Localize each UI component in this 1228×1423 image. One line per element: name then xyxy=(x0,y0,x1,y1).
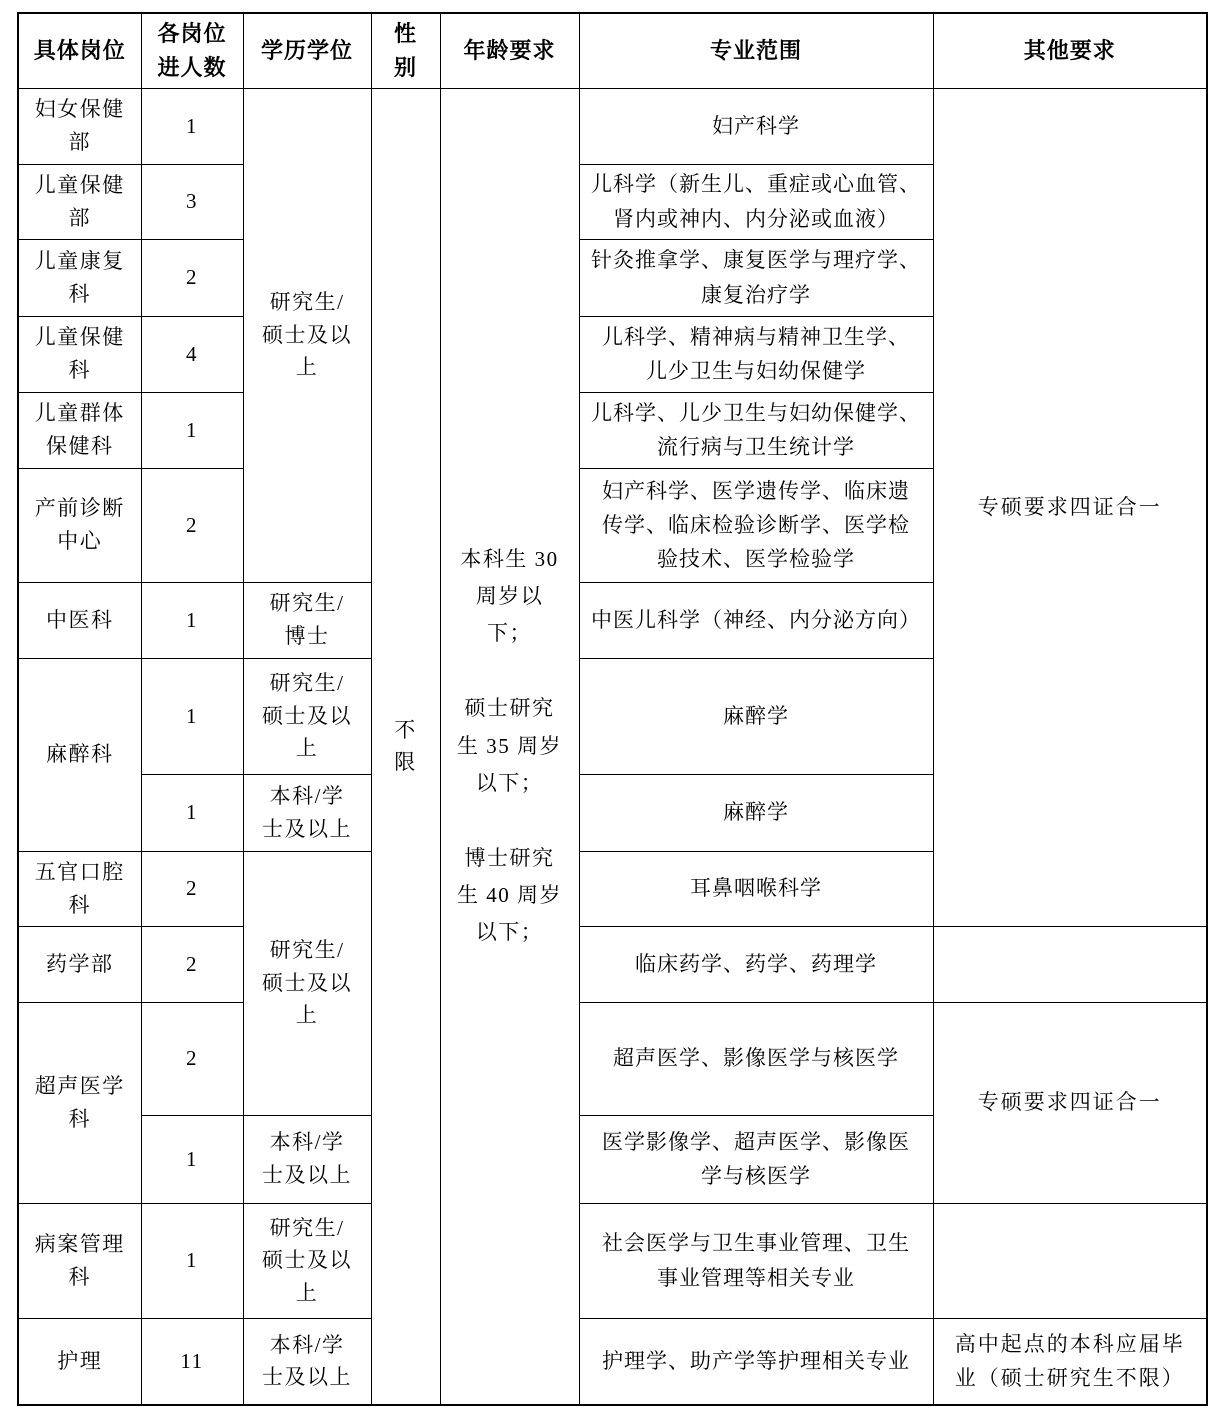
cell-position: 麻醉科 xyxy=(18,658,141,851)
cell-other-empty xyxy=(933,1203,1207,1318)
cell-position: 儿童群体 保健科 xyxy=(18,392,141,468)
cell-major: 麻醉学 xyxy=(579,658,933,774)
header-other: 其他要求 xyxy=(933,13,1207,88)
cell-position: 药学部 xyxy=(18,926,141,1002)
cell-degree: 研究生/ 硕士及以 上 xyxy=(243,88,371,582)
cell-major: 耳鼻咽喉科学 xyxy=(579,851,933,926)
cell-count: 2 xyxy=(141,1002,243,1115)
cell-position: 病案管理 科 xyxy=(18,1203,141,1318)
cell-position: 儿童保健 部 xyxy=(18,164,141,239)
cell-count: 2 xyxy=(141,239,243,316)
cell-count: 11 xyxy=(141,1318,243,1405)
cell-count: 1 xyxy=(141,1115,243,1203)
cell-major: 护理学、助产学等护理相关专业 xyxy=(579,1318,933,1405)
cell-count: 1 xyxy=(141,582,243,658)
cell-degree: 研究生/ 博士 xyxy=(243,582,371,658)
cell-count: 2 xyxy=(141,851,243,926)
cell-other: 专硕要求四证合一 xyxy=(933,1002,1207,1203)
cell-position: 妇女保健 部 xyxy=(18,88,141,164)
header-degree: 学历学位 xyxy=(243,13,371,88)
cell-count: 1 xyxy=(141,774,243,851)
cell-position: 超声医学 科 xyxy=(18,1002,141,1203)
cell-major: 中医儿科学（神经、内分泌方向） xyxy=(579,582,933,658)
cell-position: 儿童保健 科 xyxy=(18,316,141,392)
cell-major: 儿科学、精神病与精神卫生学、 儿少卫生与妇幼保健学 xyxy=(579,316,933,392)
cell-degree: 本科/学 士及以上 xyxy=(243,1318,371,1405)
header-row: 具体岗位 各岗位 进人数 学历学位 性 别 年龄要求 专业范围 其他要求 xyxy=(18,13,1207,88)
cell-major: 超声医学、影像医学与核医学 xyxy=(579,1002,933,1115)
header-position: 具体岗位 xyxy=(18,13,141,88)
header-major: 专业范围 xyxy=(579,13,933,88)
cell-count: 1 xyxy=(141,392,243,468)
cell-other-empty xyxy=(933,926,1207,1002)
cell-position: 中医科 xyxy=(18,582,141,658)
cell-major: 儿科学（新生儿、重症或心血管、 肾内或神内、内分泌或血液） xyxy=(579,164,933,239)
table-row: 妇女保健 部 1 研究生/ 硕士及以 上 不 限 本科生 30 周岁以 下； 硕… xyxy=(18,88,1207,164)
cell-major: 妇产科学 xyxy=(579,88,933,164)
cell-count: 2 xyxy=(141,926,243,1002)
table-row: 超声医学 科 2 超声医学、影像医学与核医学 专硕要求四证合一 xyxy=(18,1002,1207,1115)
cell-position: 护理 xyxy=(18,1318,141,1405)
header-age: 年龄要求 xyxy=(440,13,579,88)
header-count: 各岗位 进人数 xyxy=(141,13,243,88)
cell-degree: 研究生/ 硕士及以 上 xyxy=(243,1203,371,1318)
cell-count: 4 xyxy=(141,316,243,392)
cell-major: 临床药学、药学、药理学 xyxy=(579,926,933,1002)
cell-other: 高中起点的本科应届毕 业（硕士研究生不限） xyxy=(933,1318,1207,1405)
cell-gender: 不 限 xyxy=(371,88,440,1405)
header-gender: 性 别 xyxy=(371,13,440,88)
cell-count: 1 xyxy=(141,1203,243,1318)
table-row: 护理 11 本科/学 士及以上 护理学、助产学等护理相关专业 高中起点的本科应届… xyxy=(18,1318,1207,1405)
table-row: 病案管理 科 1 研究生/ 硕士及以 上 社会医学与卫生事业管理、卫生 事业管理… xyxy=(18,1203,1207,1318)
cell-major: 儿科学、儿少卫生与妇幼保健学、 流行病与卫生统计学 xyxy=(579,392,933,468)
cell-degree: 研究生/ 硕士及以 上 xyxy=(243,658,371,774)
cell-degree: 本科/学 士及以上 xyxy=(243,774,371,851)
cell-count: 3 xyxy=(141,164,243,239)
cell-major: 麻醉学 xyxy=(579,774,933,851)
cell-age: 本科生 30 周岁以 下； 硕士研究 生 35 周岁 以下； 博士研究 生 40… xyxy=(440,88,579,1405)
cell-count: 2 xyxy=(141,468,243,582)
cell-degree: 研究生/ 硕士及以 上 xyxy=(243,851,371,1115)
cell-other: 专硕要求四证合一 xyxy=(933,88,1207,926)
cell-major: 妇产科学、医学遗传学、临床遗 传学、临床检验诊断学、医学检 验技术、医学检验学 xyxy=(579,468,933,582)
cell-major: 医学影像学、超声医学、影像医 学与核医学 xyxy=(579,1115,933,1203)
cell-major: 针灸推拿学、康复医学与理疗学、 康复治疗学 xyxy=(579,239,933,316)
cell-position: 儿童康复 科 xyxy=(18,239,141,316)
cell-count: 1 xyxy=(141,88,243,164)
table-row: 药学部 2 临床药学、药学、药理学 xyxy=(18,926,1207,1002)
cell-degree: 本科/学 士及以上 xyxy=(243,1115,371,1203)
cell-major: 社会医学与卫生事业管理、卫生 事业管理等相关专业 xyxy=(579,1203,933,1318)
cell-position: 五官口腔 科 xyxy=(18,851,141,926)
cell-position: 产前诊断 中心 xyxy=(18,468,141,582)
recruitment-table: 具体岗位 各岗位 进人数 学历学位 性 别 年龄要求 专业范围 其他要求 妇女保… xyxy=(17,12,1208,1406)
cell-count: 1 xyxy=(141,658,243,774)
